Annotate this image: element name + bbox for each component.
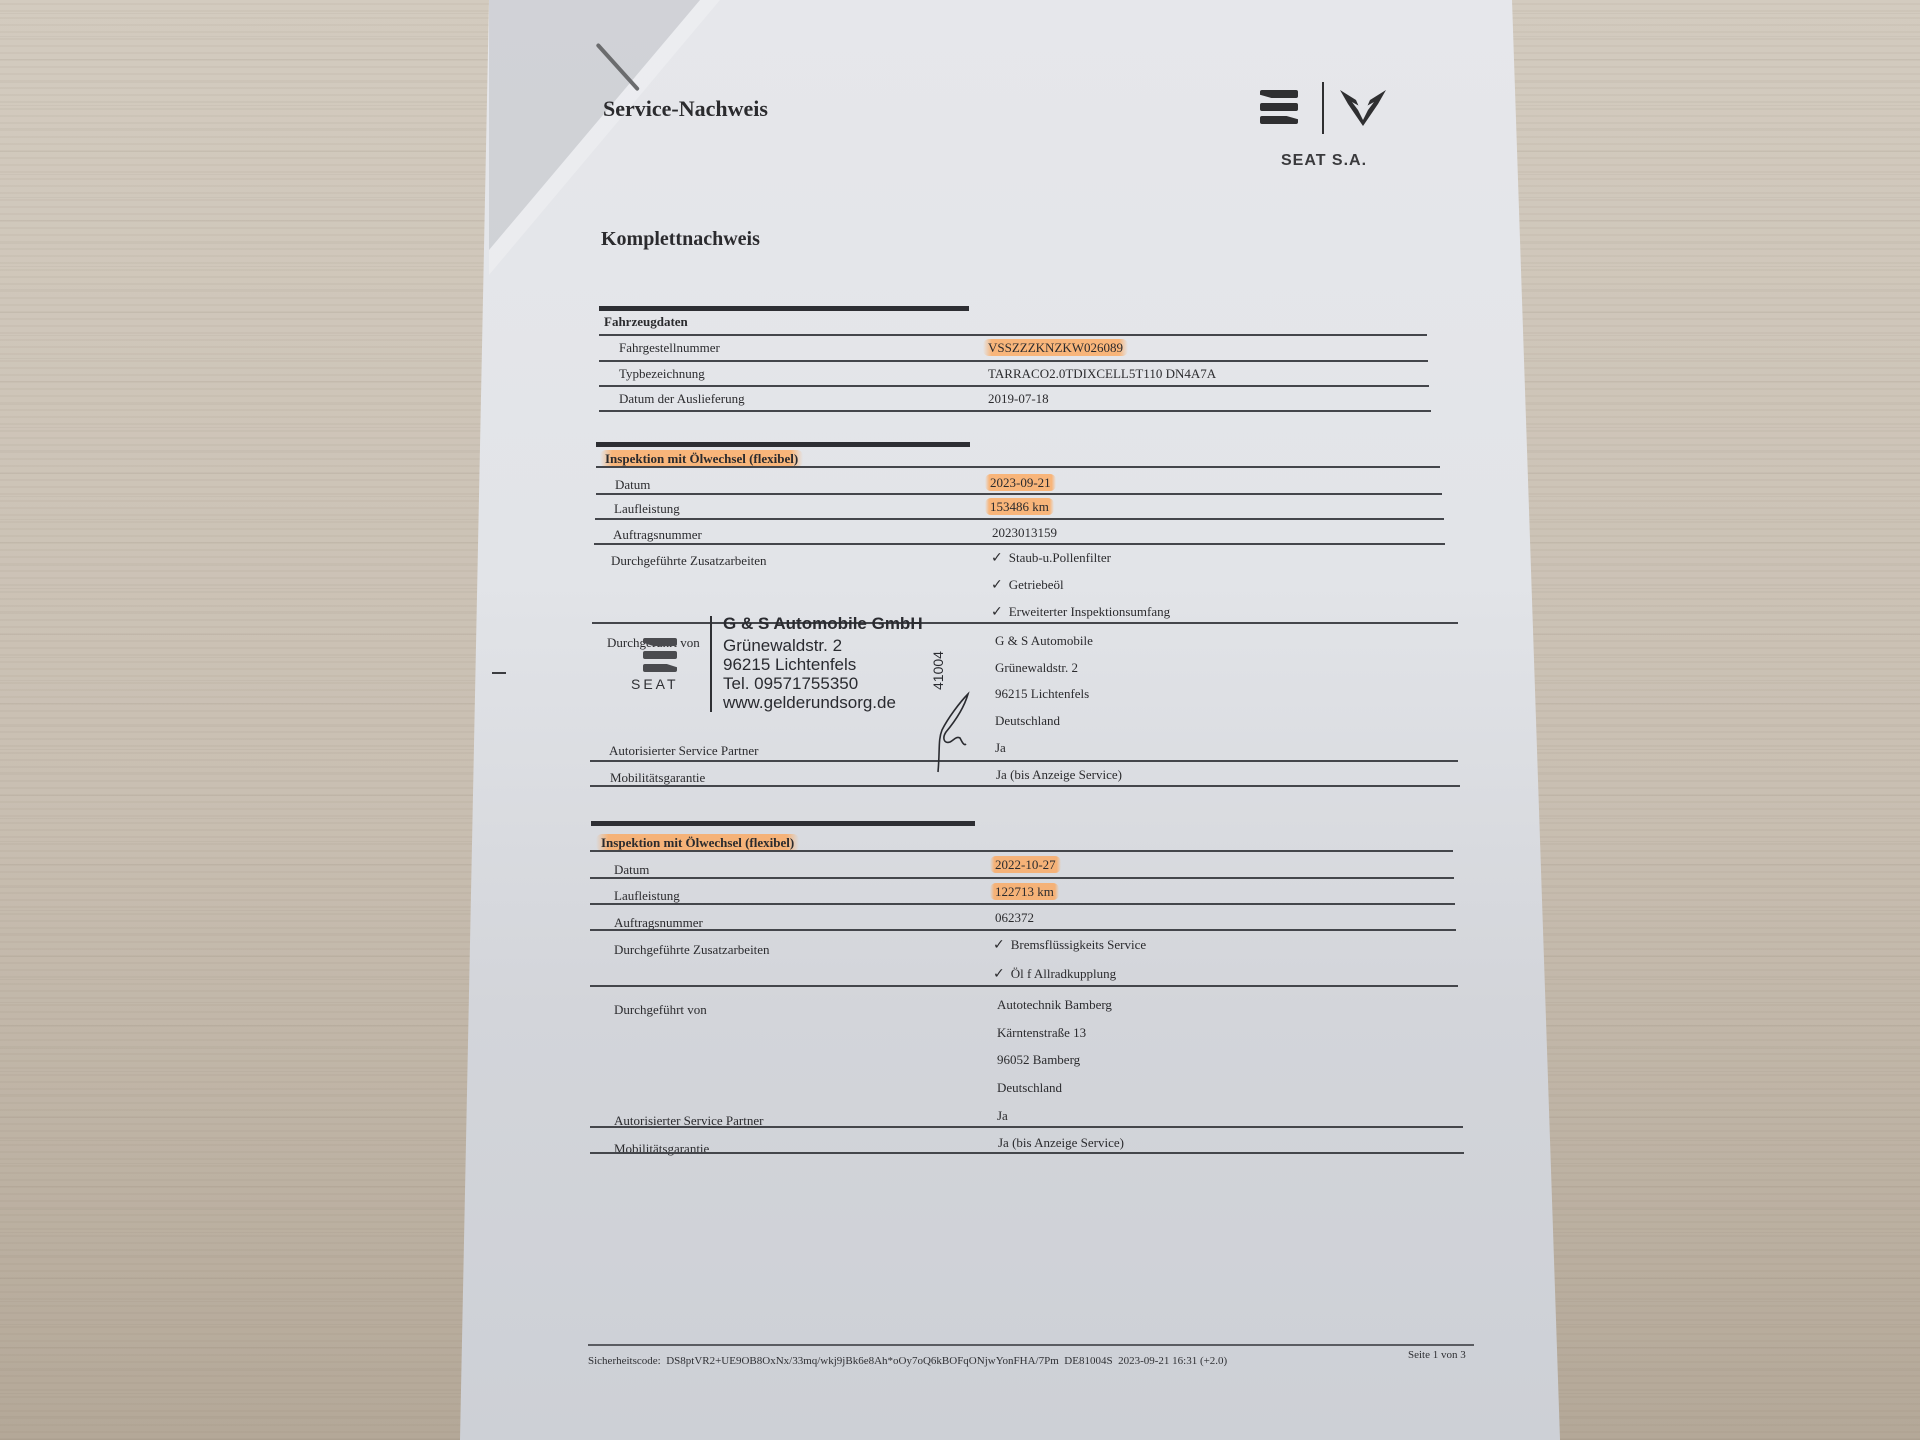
service-1-date: 2023-09-21 [985,475,1056,491]
service-2-extras-label: Durchgeführte Zusatzarbeiten [614,942,770,958]
dealer-code: DE81004S [1064,1355,1112,1367]
checkmark-icon: ✓ [991,604,1003,620]
service-2-mobility: Ja (bis Anzeige Service) [998,1135,1124,1151]
service-2-date-highlight: 2022-10-27 [990,856,1061,873]
footer-rule [588,1344,1474,1346]
row-rule [590,785,1460,787]
document-title: Service-Nachweis [603,96,768,122]
stamp-web: www.gelderundsorg.de [723,693,896,713]
service-1-performed-by: Grünewaldstr. 2 [995,660,1078,676]
stamp-company: G & S Automobile GmbH [723,614,923,634]
service-2-order: 062372 [995,910,1034,926]
vin-label: Fahrgestellnummer [619,340,720,356]
service-2-partner: Ja [997,1108,1008,1124]
cupra-logo-icon [1338,86,1388,130]
row-rule [590,760,1458,762]
row-rule [590,985,1458,987]
service-1-heading-highlight: Inspektion mit Ölwechsel (flexibel) [600,450,803,467]
service-2-performed-by: Autotechnik Bamberg [997,997,1112,1013]
section-bar [599,306,969,311]
row-rule [590,1126,1463,1128]
row-rule [599,334,1427,336]
service-2-performed-by: Deutschland [997,1080,1062,1096]
service-1-mileage-highlight: 153486 km [985,498,1054,515]
extra-label: Erweiterter Inspektionsumfang [1009,604,1170,619]
service-1-order: 2023013159 [992,525,1057,541]
service-1-extra: ✓Erweiterter Inspektionsumfang [991,604,1170,620]
service-2-mobility-label: Mobilitätsgarantie [614,1141,709,1157]
section-bar [596,442,970,447]
service-1-mobility: Ja (bis Anzeige Service) [996,767,1122,783]
extra-label: Staub-u.Pollenfilter [1009,550,1111,565]
service-1-mileage-label: Laufleistung [614,501,680,517]
service-2-performed-label: Durchgeführt von [614,1002,707,1018]
service-1-performed-by: G & S Automobile [995,633,1093,649]
delivery-date-value: 2019-07-18 [988,391,1049,407]
extra-label: Öl f Allradkupplung [1011,966,1116,981]
vin-highlight: VSSZZZKNZKW026089 [983,339,1128,356]
margin-mark [492,672,506,674]
brand-label: SEAT S.A. [1281,152,1367,170]
stamp-street: Grünewaldstr. 2 [723,636,842,656]
row-rule [599,410,1431,412]
checkmark-icon: ✓ [991,577,1003,593]
service-2-extra: ✓Öl f Allradkupplung [993,966,1116,982]
row-rule [590,1152,1464,1154]
stamp-seat-logo-icon [643,638,677,676]
vehicle-heading: Fahrzeugdaten [604,314,688,330]
service-1-performed-by: Deutschland [995,713,1060,729]
service-1-partner-label: Autorisierter Service Partner [609,743,758,759]
stamp-brand: SEAT [631,676,679,692]
service-2-date-label: Datum [614,862,649,878]
dealer-stamp: SEAT G & S Automobile GmbH Grünewaldstr.… [627,616,947,716]
service-2-extra: ✓Bremsflüssigkeits Service [993,937,1146,953]
checkmark-icon: ✓ [993,937,1005,953]
service-2-mileage-highlight: 122713 km [990,883,1059,900]
security-label: Sicherheitscode: [588,1355,661,1367]
seat-logo-icon [1260,90,1298,124]
type-value: TARRACO2.0TDIXCELL5T110 DN4A7A [988,366,1216,382]
page-indicator: Seite 1 von 3 [1408,1349,1466,1361]
row-rule [590,850,1453,852]
row-rule [594,543,1445,545]
service-2-heading-highlight: Inspektion mit Ölwechsel (flexibel) [596,834,799,851]
row-rule [590,877,1454,879]
service-1-extra: ✓Staub-u.Pollenfilter [991,550,1111,566]
service-1-order-label: Auftragsnummer [613,527,702,543]
service-1-heading: Inspektion mit Ölwechsel (flexibel) [600,451,803,467]
signature-icon [930,680,990,780]
row-rule [599,385,1429,387]
checkmark-icon: ✓ [993,966,1005,982]
service-1-mobility-label: Mobilitätsgarantie [610,770,705,786]
vin-value: VSSZZZKNZKW026089 [983,340,1128,356]
service-2-performed-by: Kärntenstraße 13 [997,1025,1086,1041]
footer-security: Sicherheitscode: DS8ptVR2+UE9OB8OxNx/33m… [588,1355,1227,1367]
row-rule [590,903,1455,905]
row-rule [596,493,1442,495]
document-subtitle: Komplettnachweis [601,228,760,251]
stamp-phone: Tel. 09571755350 [723,674,858,694]
service-1-mileage: 153486 km [985,499,1054,515]
stamp-divider [710,616,712,712]
service-2-date: 2022-10-27 [990,857,1061,873]
service-2-performed-by: 96052 Bamberg [997,1052,1080,1068]
logo-divider [1322,82,1324,134]
service-2-mileage-label: Laufleistung [614,888,680,904]
row-rule [596,466,1440,468]
service-2-heading: Inspektion mit Ölwechsel (flexibel) [596,835,799,851]
delivery-date-label: Datum der Auslieferung [619,391,745,407]
service-1-date-label: Datum [615,477,650,493]
extra-label: Getriebeöl [1009,577,1064,592]
stamp-city: 96215 Lichtenfels [723,655,856,675]
row-rule [595,518,1444,520]
checkmark-icon: ✓ [991,550,1003,566]
row-rule [590,929,1456,931]
service-1-performed-by: 96215 Lichtenfels [995,686,1089,702]
service-1-partner: Ja [995,740,1006,756]
print-timestamp: 2023-09-21 16:31 (+2.0) [1118,1355,1227,1367]
service-1-extras-label: Durchgeführte Zusatzarbeiten [611,553,767,569]
service-2-mileage: 122713 km [990,884,1059,900]
extra-label: Bremsflüssigkeits Service [1011,937,1146,952]
type-label: Typbezeichnung [619,366,705,382]
row-rule [599,360,1428,362]
section-bar [591,821,975,826]
service-1-date-highlight: 2023-09-21 [985,474,1056,491]
service-1-extra: ✓Getriebeöl [991,577,1064,593]
security-code: DS8ptVR2+UE9OB8OxNx/33mq/wkj9jBk6e8Ah*oO… [666,1355,1059,1367]
